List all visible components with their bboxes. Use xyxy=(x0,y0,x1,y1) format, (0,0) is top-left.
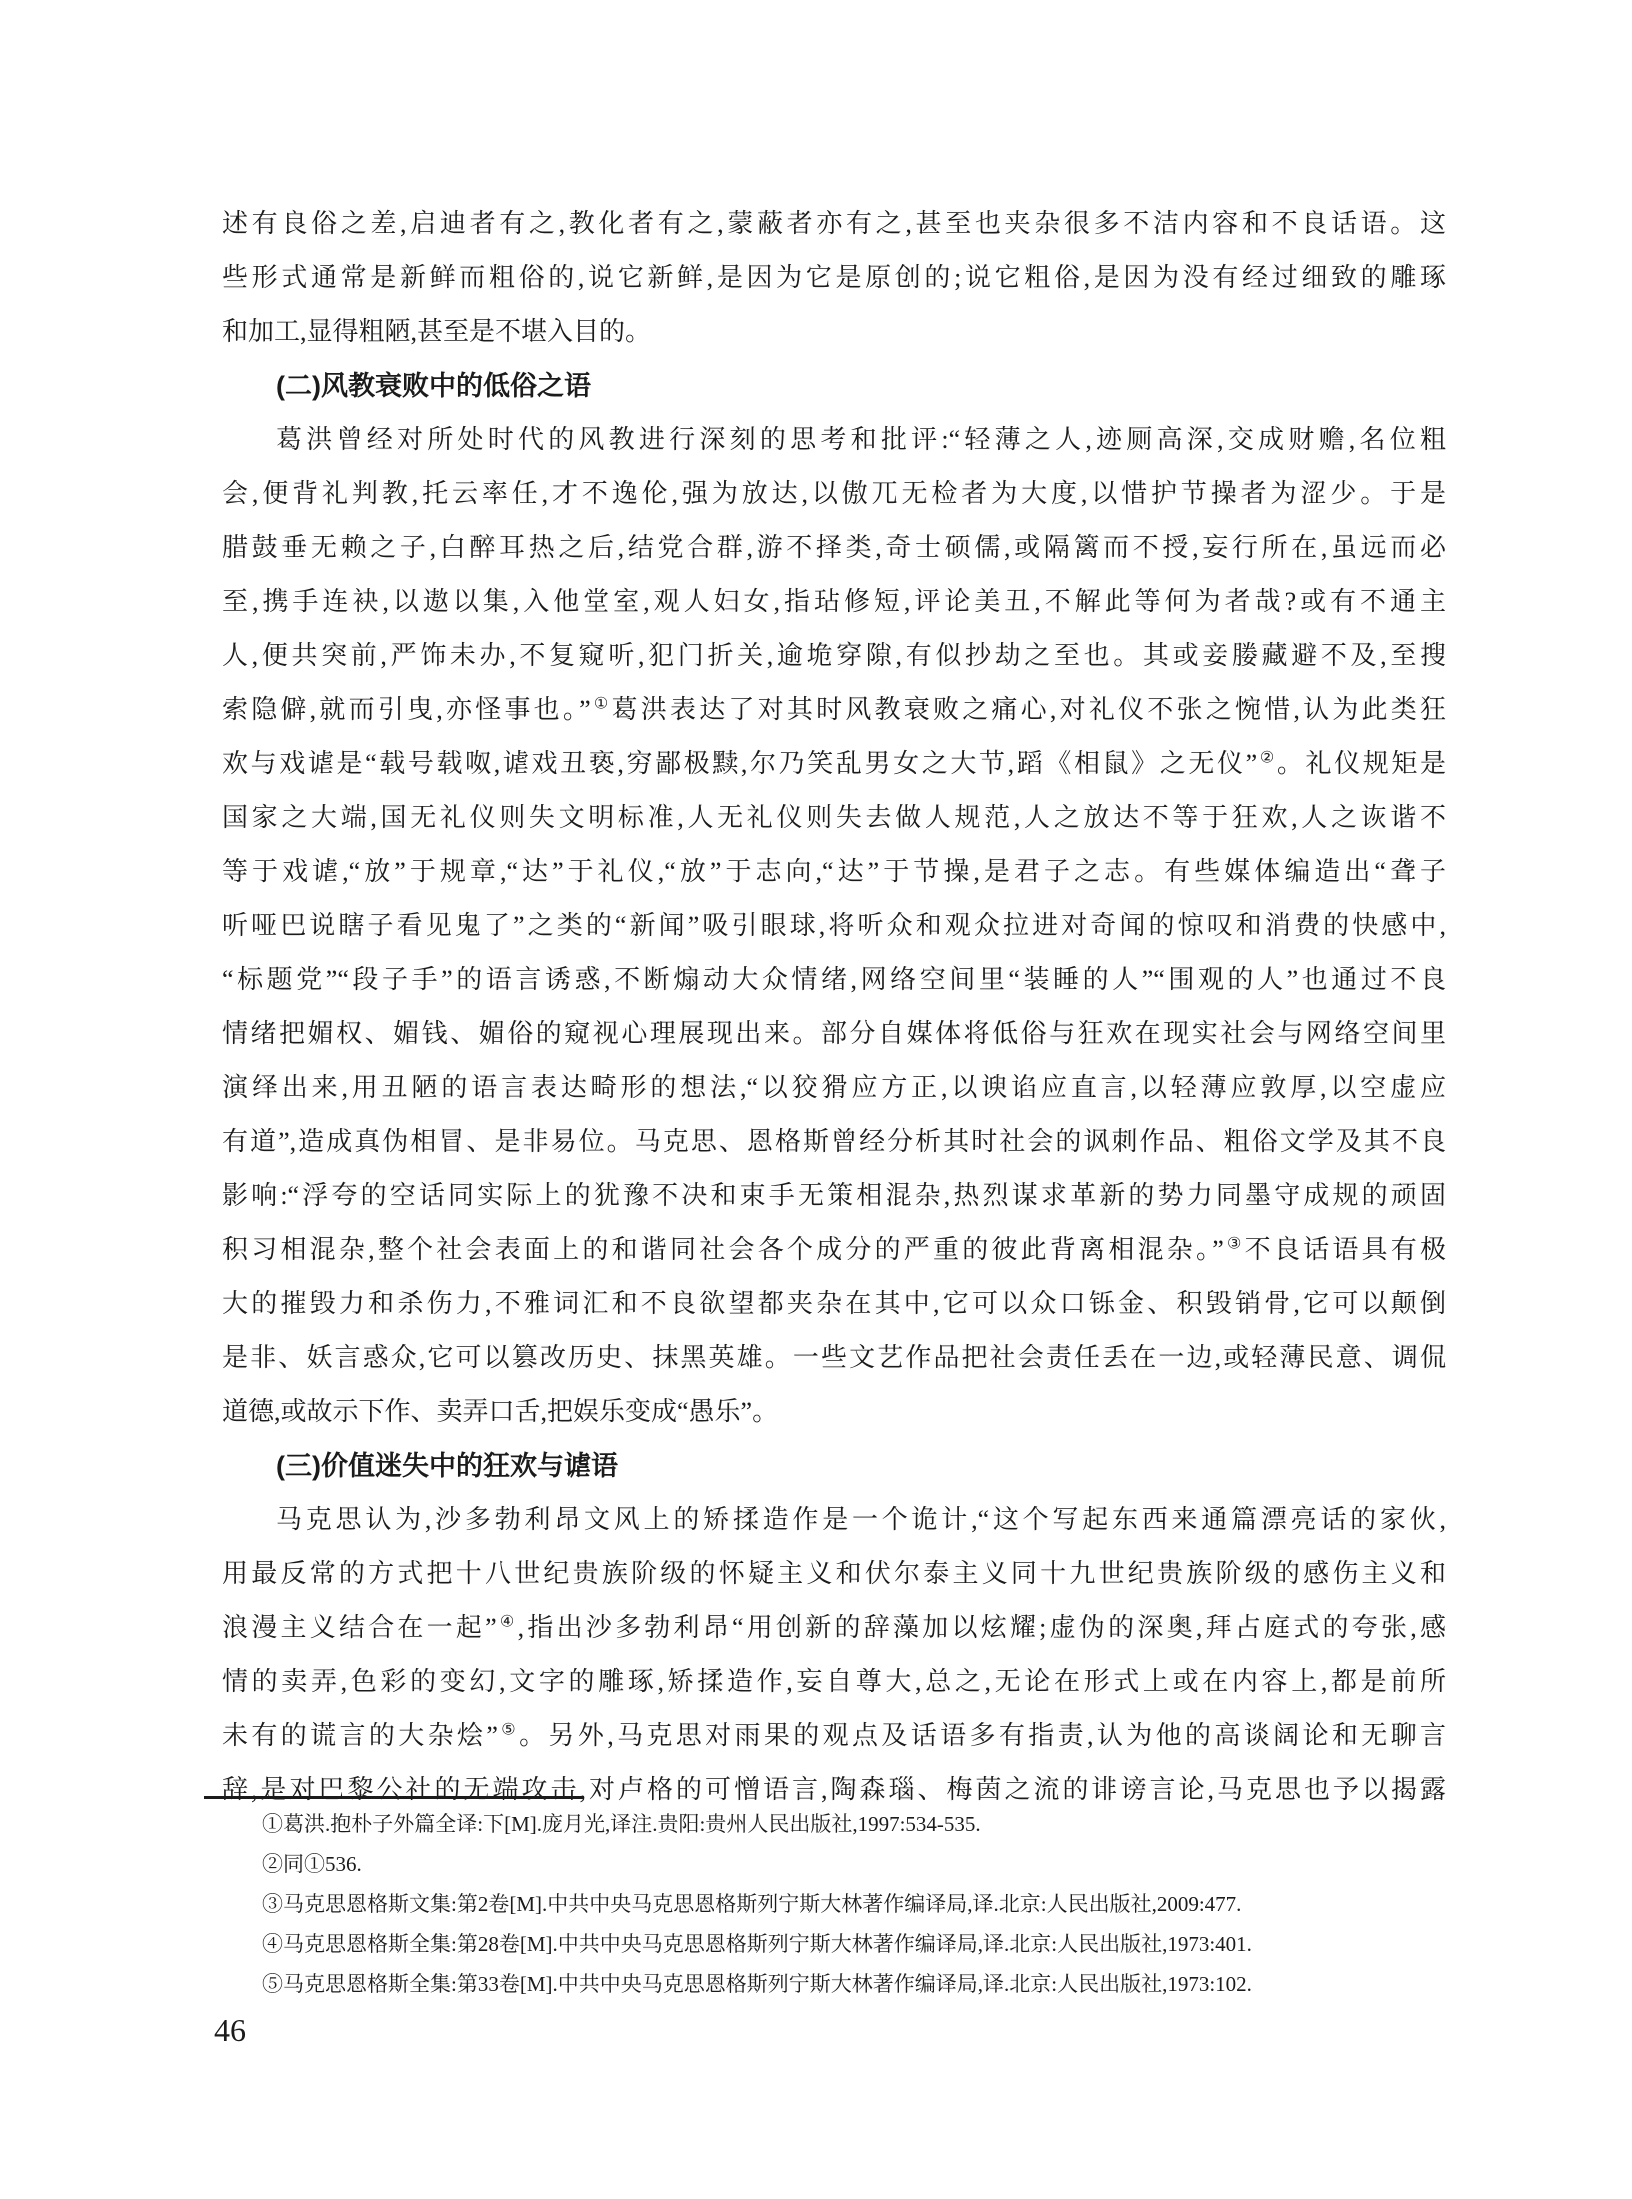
document-page: 述有良俗之差,启迪者有之,教化者有之,蒙蔽者亦有之,甚至也夹杂很多不洁内容和不良… xyxy=(0,0,1632,2199)
footnote-item: ②同①536. xyxy=(222,1844,1492,1884)
text-line: 演绎出来,用丑陋的语言表达畸形的想法,“以狡猾应方正,以谀谄应直言,以轻薄应敦厚… xyxy=(222,1061,1446,1115)
text-line: 欢与戏谑是“载号载呶,谑戏丑亵,穷鄙极黩,尔乃笑乱男女之大节,蹈《相鼠》之无仪”… xyxy=(222,737,1446,791)
text-line: 未有的谎言的大杂烩”⑤。另外,马克思对雨果的观点及话语多有指责,认为他的高谈阔论… xyxy=(222,1709,1446,1763)
text-line: 人,便共突前,严饰未办,不复窥听,犯门折关,逾垝穿隙,有似抄劫之至也。其或妾媵藏… xyxy=(222,629,1446,683)
footnote-item: ⑤马克思恩格斯全集:第33卷[M].中共中央马克思恩格斯列宁斯大林著作编译局,译… xyxy=(222,1964,1492,2004)
footnote-item: ①葛洪.抱朴子外篇全译:下[M].庞月光,译注.贵阳:贵州人民出版社,1997:… xyxy=(222,1804,1492,1844)
text-line: 情绪把媚权、媚钱、媚俗的窥视心理展现出来。部分自媒体将低俗与狂欢在现实社会与网络… xyxy=(222,1007,1446,1061)
page-number: 46 xyxy=(214,2008,246,2052)
footnotes: ①葛洪.抱朴子外篇全译:下[M].庞月光,译注.贵阳:贵州人民出版社,1997:… xyxy=(222,1804,1492,2004)
text-line: 道德,或故示下作、卖弄口舌,把娱乐变成“愚乐”。 xyxy=(222,1385,1446,1439)
footnote-item: ④马克思恩格斯全集:第28卷[M].中共中央马克思恩格斯列宁斯大林著作编译局,译… xyxy=(222,1924,1492,1964)
text-line: 葛洪曾经对所处时代的风教进行深刻的思考和批评:“轻薄之人,迹厕高深,交成财赡,名… xyxy=(222,413,1446,467)
text-line: 等于戏谑,“放”于规章,“达”于礼仪,“放”于志向,“达”于节操,是君子之志。有… xyxy=(222,845,1446,899)
text-line: 腊鼓垂无赖之子,白醉耳热之后,结党合群,游不择类,奇士硕儒,或隔篱而不授,妄行所… xyxy=(222,521,1446,575)
text-line: “标题党”“段子手”的语言诱惑,不断煽动大众情绪,网络空间里“装睡的人”“围观的… xyxy=(222,953,1446,1007)
text-line: 是非、妖言惑众,它可以篡改历史、抹黑英雄。一些文艺作品把社会责任丢在一边,或轻薄… xyxy=(222,1331,1446,1385)
text-line: 用最反常的方式把十八世纪贵族阶级的怀疑主义和伏尔泰主义同十九世纪贵族阶级的感伤主… xyxy=(222,1547,1446,1601)
text-line: 大的摧毁力和杀伤力,不雅词汇和不良欲望都夹杂在其中,它可以众口铄金、积毁销骨,它… xyxy=(222,1277,1446,1331)
text-line: 影响:“浮夸的空话同实际上的犹豫不决和束手无策相混杂,热烈谋求革新的势力同墨守成… xyxy=(222,1169,1446,1223)
footnote-divider xyxy=(204,1796,584,1799)
text-line: 马克思认为,沙多勃利昂文风上的矫揉造作是一个诡计,“这个写起东西来通篇漂亮话的家… xyxy=(222,1493,1446,1547)
text-line: 听哑巴说瞎子看见鬼了”之类的“新闻”吸引眼球,将听众和观众拉进对奇闻的惊叹和消费… xyxy=(222,899,1446,953)
text-line: 浪漫主义结合在一起”④,指出沙多勃利昂“用创新的辞藻加以炫耀;虚伪的深奥,拜占庭… xyxy=(222,1601,1446,1655)
text-line: (二)风教衰败中的低俗之语 xyxy=(222,359,1446,413)
text-line: 情的卖弄,色彩的变幻,文字的雕琢,矫揉造作,妄自尊大,总之,无论在形式上或在内容… xyxy=(222,1655,1446,1709)
text-line: 积习相混杂,整个社会表面上的和谐同社会各个成分的严重的彼此背离相混杂。”③不良话… xyxy=(222,1223,1446,1277)
footnote-item: ③马克思恩格斯文集:第2卷[M].中共中央马克思恩格斯列宁斯大林著作编译局,译.… xyxy=(222,1884,1492,1924)
text-line: 索隐僻,就而引曳,亦怪事也。”①葛洪表达了对其时风教衰败之痛心,对礼仪不张之惋惜… xyxy=(222,683,1446,737)
text-line: 国家之大端,国无礼仪则失文明标准,人无礼仪则失去做人规范,人之放达不等于狂欢,人… xyxy=(222,791,1446,845)
text-line: 有道”,造成真伪相冒、是非易位。马克思、恩格斯曾经分析其时社会的讽刺作品、粗俗文… xyxy=(222,1115,1446,1169)
text-line: 和加工,显得粗陋,甚至是不堪入目的。 xyxy=(222,305,1446,359)
text-line: 些形式通常是新鲜而粗俗的,说它新鲜,是因为它是原创的;说它粗俗,是因为没有经过细… xyxy=(222,251,1446,305)
text-line: 会,便背礼判教,托云率任,才不逸伦,强为放达,以傲兀无检者为大度,以惜护节操者为… xyxy=(222,467,1446,521)
body-text: 述有良俗之差,启迪者有之,教化者有之,蒙蔽者亦有之,甚至也夹杂很多不洁内容和不良… xyxy=(222,197,1446,1817)
text-line: 述有良俗之差,启迪者有之,教化者有之,蒙蔽者亦有之,甚至也夹杂很多不洁内容和不良… xyxy=(222,197,1446,251)
text-line: 至,携手连袂,以遨以集,入他堂室,观人妇女,指玷修短,评论美丑,不解此等何为者哉… xyxy=(222,575,1446,629)
text-line: (三)价值迷失中的狂欢与谑语 xyxy=(222,1439,1446,1493)
